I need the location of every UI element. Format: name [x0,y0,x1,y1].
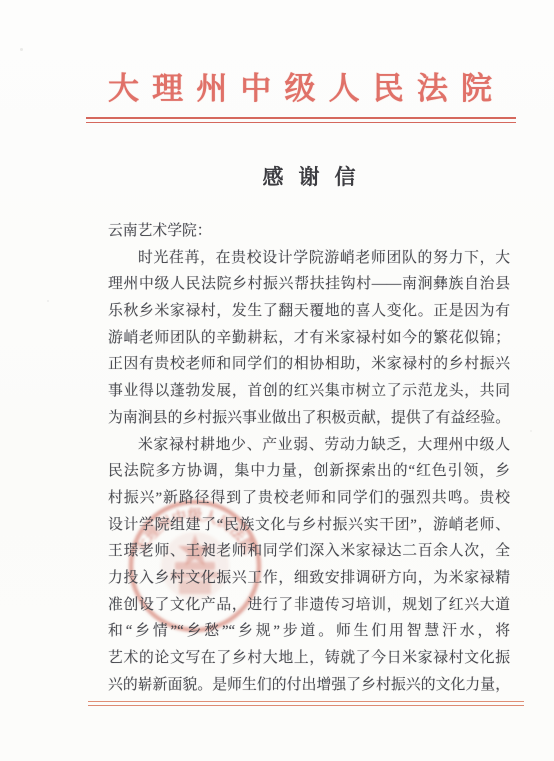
body-line: 准创设了文化产品，进行了非遗传习培训，规划了红兴大道 [108,592,510,619]
letterhead-double-rule [86,117,516,123]
scanned-letter-page: 大理州中级人民法院 感谢信 大理州中级人民法院 云南艺术学院： [0,0,554,761]
body-line: 正因有贵校老师和同学们的相协相助，米家禄村的乡村振兴 [108,351,510,378]
body-line: 民法院多方协调，集中力量，创新探索出的“红色引领，乡 [108,458,510,485]
body-line: 村振兴”新路径得到了贵校老师和同学们的强烈共鸣。贵校 [108,485,510,512]
body-line: 设计学院组建了“民族文化与乡村振兴实干团”，游峭老师、 [108,512,510,539]
body-line: 王璟老师、王昶老师和同学们深入米家禄达二百余人次，全 [108,538,510,565]
footer-double-rule [88,701,524,706]
body-line: 兴的崭新面貌。是师生们的付出增强了乡村振兴的文化力量， [108,672,510,699]
letter-title: 感谢信 [108,161,510,191]
salutation-line: 云南艺术学院： [108,218,510,245]
body-line: 力投入乡村文化振兴工作，细致安排调研方向，为米家禄精 [108,565,510,592]
body-line: 米家禄村耕地少、产业弱、劳动力缺乏，大理州中级人 [108,432,510,459]
scan-speck [20,48,23,51]
body-line: 事业得以蓬勃发展，首创的红兴集市树立了示范龙头，共同 [108,378,510,405]
body-line: 时光荏苒，在贵校设计学院游峭老师团队的努力下，大 [108,245,510,272]
court-letterhead: 大理州中级人民法院 [108,70,492,108]
body-line: 艺术的论文写在了乡村大地上，铸就了今日米家禄村文化振 [108,645,510,672]
body-line: 游峭老师团队的辛勤耕耘，才有米家禄村如今的繁花似锦； [108,325,510,352]
body-line: 理州中级人民法院乡村振兴帮扶挂钩村——南涧彝族自治县 [108,271,510,298]
body-line: 为南涧县的乡村振兴事业做出了积极贡献，提供了有益经验。 [108,405,510,432]
scan-speck [530,430,532,432]
body-line: 和“乡情”“乡愁”“乡规”步道。师生们用智慧汗水，将 [108,618,510,645]
scan-speck [47,300,49,302]
letter-body: 云南艺术学院： 时光荏苒，在贵校设计学院游峭老师团队的努力下，大 理州中级人民法… [108,218,510,698]
body-line: 乐秋乡米家禄村，发生了翻天覆地的喜人变化。正是因为有 [108,298,510,325]
